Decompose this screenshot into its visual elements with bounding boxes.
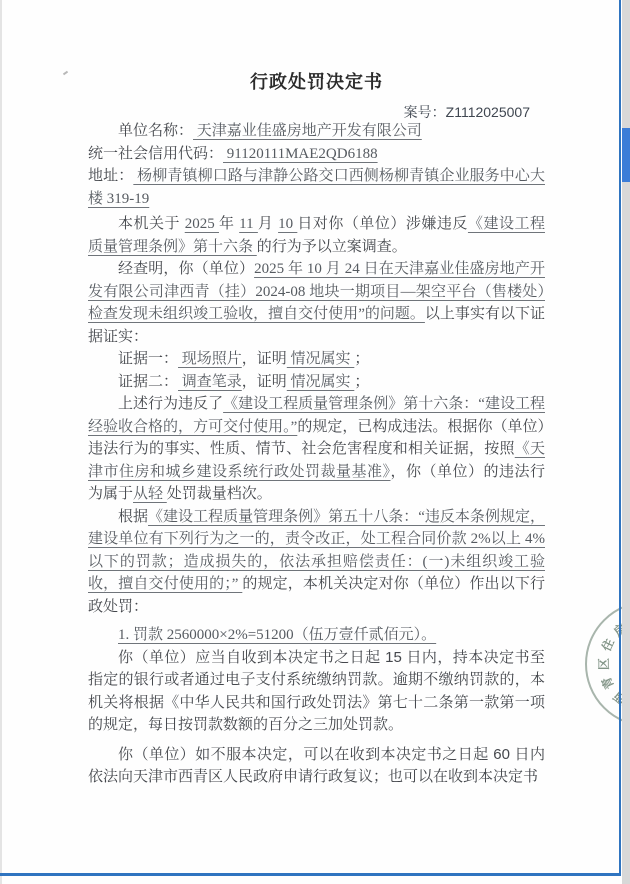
paragraph: 地址： 杨柳青镇柳口路与津静公路交口西侧杨柳青镇企业服务中心大楼 319-19 [88, 165, 545, 210]
template-text: 年 [219, 215, 239, 232]
template-text: 的行为予以立案调查。 [257, 238, 407, 255]
fill-in-value: 天津嘉业佳盛房地产开发有限公司 [193, 123, 422, 139]
fill-in-value: 1. 罚款 2560000×2%=51200（伍万壹仟贰佰元）。 [118, 627, 436, 643]
template-text: 证据二： [118, 373, 178, 390]
paragraph: 上述行为违反了《建设工程质量管理条例》第十六条：“建设工程经验收合格的，方可交付… [88, 393, 545, 506]
scan-artifact [63, 71, 68, 76]
fill-in-value: 2025 [185, 216, 219, 232]
paragraph: 1. 罚款 2560000×2%=51200（伍万壹仟贰佰元）。 [88, 624, 545, 647]
doc-body: 单位名称： 天津嘉业佳盛房地产开发有限公司 统一社会信用代码： 91120111… [88, 120, 545, 789]
template-text: 统一社会信用代码： [88, 145, 223, 162]
paragraph: 统一社会信用代码： 91120111MAE2QD6188 [88, 143, 545, 166]
fill-in-value: 调查笔录 [178, 374, 242, 390]
viewer-right-border [619, 0, 621, 876]
template-text: 单位名称： [118, 122, 193, 139]
fill-in-value: 10 [278, 216, 297, 232]
template-text: ，证明 [242, 350, 287, 367]
scrollbar-thumb[interactable] [622, 128, 630, 182]
template-text: 处罚裁量档次。 [167, 485, 272, 502]
document-title: 行政处罚决定书 [88, 68, 545, 94]
template-text: ； [354, 350, 369, 367]
template-text: ，证明 [242, 373, 287, 390]
case-number-line: 案号：Z1112025007 [88, 102, 530, 122]
fill-in-value: 情况属实 [287, 374, 355, 390]
seal-character: 区 [597, 657, 611, 671]
seal-character: 青 [599, 673, 618, 692]
fill-in-value: 杨柳青镇柳口路与津静公路交口西侧杨柳青镇企业服务中心大楼 319-19 [88, 168, 545, 207]
paragraph: 本机关于 2025 年 11 月 10 日对你（单位）涉嫌违反《建设工程质量管理… [88, 213, 545, 258]
template-text: 上述行为违反了 [118, 395, 223, 412]
paragraph: 证据二： 调查笔录，证明 情况属实 ； [88, 371, 545, 394]
paragraph: 根据《建设工程质量管理条例》第五十八条：“违反本条例规定，建设单位有下列行为之一… [88, 506, 545, 619]
template-text: 月 [258, 215, 278, 232]
template-text: 你（单位）应当自收到本决定书之日起 15 日内，持本决定书至指定的银行或者通过电… [88, 649, 545, 734]
template-text: 证据一： [118, 350, 178, 367]
case-number-value: Z1112025007 [446, 104, 530, 120]
fill-in-value: 从轻 [133, 486, 167, 502]
page-left-edge-shadow [0, 0, 2, 884]
paragraph: 单位名称： 天津嘉业佳盛房地产开发有限公司 [88, 120, 545, 143]
seal-character: 住 [599, 636, 618, 655]
template-text: 日对你（单位）涉嫌违反 [297, 215, 468, 232]
template-text: 地址： [88, 167, 133, 184]
template-text: 经查明，你（单位） [118, 260, 254, 277]
paragraph: 经查明，你（单位）2025 年 10 月 24 日在天津嘉业佳盛房地产开发有限公… [88, 258, 545, 348]
document-page: 行政处罚决定书 案号：Z1112025007 单位名称： 天津嘉业佳盛房地产开发… [0, 0, 620, 884]
paragraph: 你（单位）如不服本决定，可以在收到本决定书之日起 60 日内依法向天津市西青区人… [88, 744, 545, 789]
template-text: 根据 [118, 508, 148, 525]
fill-in-value: 91120111MAE2QD6188 [223, 146, 378, 162]
fill-in-value: 情况属实 [287, 351, 355, 367]
template-text: 本机关于 [118, 215, 185, 232]
fill-in-value: 11 [239, 216, 258, 232]
fill-in-value: 现场照片 [178, 351, 242, 367]
template-text: 你（单位）如不服本决定，可以在收到本决定书之日起 60 日内依法向天津市西青区人… [88, 746, 545, 786]
case-number-label: 案号： [404, 104, 446, 120]
scrollbar-track[interactable] [622, 0, 630, 884]
paragraph: 证据一： 现场照片，证明 情况属实 ； [88, 348, 545, 371]
viewer-bottom-border [0, 873, 621, 876]
paragraph: 你（单位）应当自收到本决定书之日起 15 日内，持本决定书至指定的银行或者通过电… [88, 647, 545, 737]
template-text: ； [354, 373, 369, 390]
